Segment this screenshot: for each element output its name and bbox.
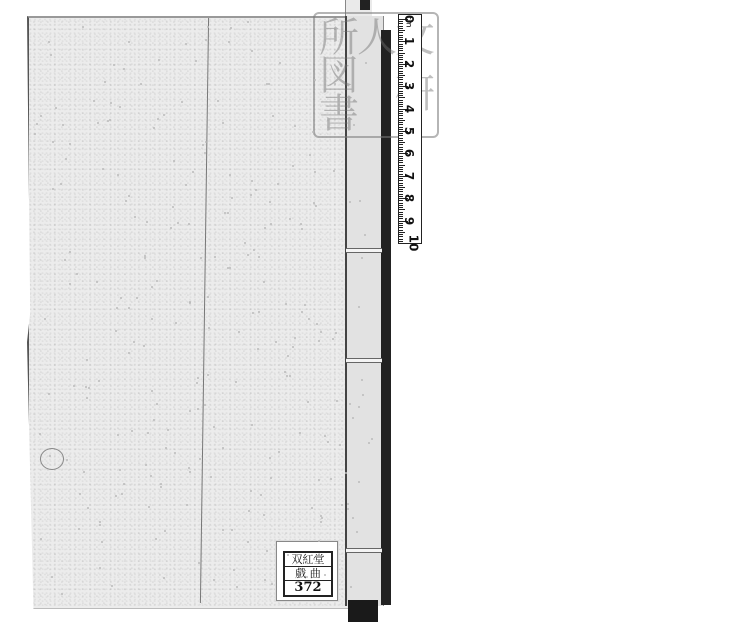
- spine-bottom: [348, 600, 378, 622]
- ruler-tick: [399, 48, 403, 49]
- ruler-tick: [399, 236, 403, 237]
- ruler-tick: [399, 191, 403, 192]
- seal-char: 人: [357, 18, 397, 58]
- paper-speck: [349, 403, 351, 405]
- paper-speck: [315, 205, 317, 207]
- paper-speck: [150, 475, 152, 477]
- paper-speck: [128, 41, 130, 43]
- ruler-tick: [399, 50, 403, 51]
- ruler-number: 0: [402, 15, 416, 23]
- ruler-tick: [399, 225, 403, 226]
- paper-speck: [336, 400, 338, 402]
- catalog-label: 双紅堂 戲 曲 372: [276, 541, 338, 601]
- paper-speck: [117, 174, 119, 176]
- paper-speck: [247, 541, 249, 543]
- paper-speck: [279, 62, 281, 64]
- paper-speck: [202, 144, 204, 146]
- ruler-number: 6: [402, 149, 416, 157]
- paper-speck: [247, 21, 249, 23]
- paper-speck: [109, 119, 111, 121]
- paper-speck: [324, 435, 326, 437]
- paper-speck: [339, 444, 341, 446]
- paper-speck: [292, 165, 294, 167]
- paper-speck: [195, 60, 197, 62]
- ruler-tick: [399, 212, 403, 213]
- label-number: 372: [285, 581, 331, 595]
- paper-speck: [356, 531, 358, 533]
- paper-speck: [69, 283, 71, 285]
- paper-speck: [79, 493, 81, 495]
- paper-speck: [185, 43, 187, 45]
- seal-char: 図: [319, 56, 359, 96]
- paper-speck: [287, 355, 289, 357]
- ruler-tick: [399, 207, 403, 208]
- paper-speck: [146, 221, 148, 223]
- ruler-tick: [399, 180, 403, 181]
- paper-speck: [236, 586, 238, 588]
- label-collection: 双紅堂: [285, 553, 331, 567]
- ruler-tick: [399, 234, 403, 235]
- paper-speck: [275, 341, 277, 343]
- ruler-tick: [399, 209, 405, 210]
- paper-speck: [358, 481, 360, 483]
- ruler-tick: [399, 102, 403, 103]
- ruler-number: 1: [402, 37, 416, 45]
- paper-speck: [320, 521, 322, 523]
- paper-speck: [181, 101, 183, 103]
- paper-speck: [134, 216, 136, 218]
- paper-speck: [359, 200, 361, 202]
- paper-speck: [147, 432, 149, 434]
- paper-speck: [102, 168, 104, 170]
- ruler-tick: [399, 26, 403, 27]
- ruler-number: 5: [402, 127, 416, 135]
- ruler-tick: [399, 113, 403, 114]
- paper-speck: [44, 318, 46, 320]
- binding-thread: [346, 248, 382, 253]
- ruler-tick: [399, 75, 405, 76]
- paper-speck: [153, 419, 155, 421]
- paper-speck: [320, 515, 322, 517]
- paper-speck: [101, 541, 103, 543]
- ruler-tick: [399, 32, 403, 33]
- ruler-tick: [399, 147, 403, 148]
- ruler-number: 4: [402, 104, 416, 112]
- paper-speck: [163, 114, 165, 116]
- paper-speck: [205, 141, 207, 143]
- ruler-tick: [399, 214, 403, 215]
- ruler-number: 10: [406, 235, 420, 252]
- paper-speck: [87, 507, 89, 509]
- ruler-tick: [399, 138, 403, 139]
- ruler-tick: [399, 118, 403, 119]
- ruler-tick: [399, 142, 405, 143]
- ruler-number: 9: [402, 216, 416, 224]
- ruler-tick: [399, 169, 403, 170]
- paper-speck: [69, 251, 71, 253]
- ruler-tick: [399, 23, 403, 24]
- paper-speck: [148, 506, 150, 508]
- paper-speck: [269, 457, 271, 459]
- ruler-tick: [399, 122, 403, 123]
- ruler-tick: [399, 30, 405, 31]
- paper-speck: [172, 206, 174, 208]
- paper-speck: [207, 374, 209, 376]
- ruler-tick: [399, 57, 403, 58]
- ruler-tick: [399, 115, 403, 116]
- paper-speck: [301, 311, 303, 313]
- paper-speck: [286, 375, 288, 377]
- paper-speck: [345, 472, 347, 474]
- paper-speck: [116, 307, 118, 309]
- paper-speck: [263, 514, 265, 516]
- ruler-tick: [399, 160, 403, 161]
- ruler-tick: [399, 165, 405, 166]
- ruler-tick: [399, 185, 403, 186]
- paper-speck: [110, 102, 112, 104]
- ruler-tick: [399, 71, 403, 72]
- ruler-tick: [399, 183, 403, 184]
- ruler-number: 7: [402, 172, 416, 180]
- paper-speck: [300, 223, 302, 225]
- paper-speck: [55, 107, 57, 109]
- paper-speck: [263, 281, 265, 283]
- ruler-tick: [399, 205, 403, 206]
- ruler-tick: [399, 53, 405, 54]
- binding-thread: [346, 358, 382, 363]
- ruler-tick: [399, 100, 403, 101]
- paper-speck: [289, 218, 291, 220]
- paper-speck: [40, 115, 42, 117]
- paper-speck: [365, 62, 367, 64]
- paper-speck: [270, 477, 272, 479]
- paper-speck: [350, 586, 352, 588]
- ruler-number: 8: [402, 194, 416, 202]
- paper-speck: [207, 26, 209, 28]
- ruler-tick: [399, 140, 403, 141]
- binding-thread: [346, 548, 382, 553]
- ruler-tick: [399, 167, 403, 168]
- paper-speck: [34, 133, 36, 135]
- paper-speck: [177, 222, 179, 224]
- paper-speck: [258, 311, 260, 313]
- ruler-tick: [399, 35, 403, 36]
- paper-speck: [151, 286, 153, 288]
- paper-speck: [213, 579, 215, 581]
- ruler-tick: [399, 162, 403, 163]
- paper-speck: [227, 212, 229, 214]
- ruler-tick: [399, 28, 403, 29]
- paper-speck: [292, 346, 294, 348]
- ruler-tick: [399, 203, 403, 204]
- paper-speck: [313, 202, 315, 204]
- paper-speck: [214, 256, 216, 258]
- ruler-tick: [399, 135, 403, 136]
- paper-speck: [76, 273, 78, 275]
- measurement-ruler: cm 012345678910: [398, 14, 422, 244]
- paper-speck: [99, 524, 101, 526]
- paper-speck: [324, 574, 326, 576]
- paper-speck: [98, 380, 100, 382]
- paper-speck: [358, 306, 360, 308]
- paper-speck: [316, 323, 318, 325]
- paper-speck: [78, 528, 80, 530]
- ruler-tick: [399, 46, 403, 47]
- paper-speck: [174, 452, 176, 454]
- ruler-tick: [399, 55, 403, 56]
- paper-speck: [153, 127, 155, 129]
- paper-speck: [83, 471, 85, 473]
- ruler-number: 3: [402, 82, 416, 90]
- paper-speck: [189, 410, 191, 412]
- paper-speck: [255, 189, 257, 191]
- paper-speck: [327, 441, 329, 443]
- paper-speck: [313, 558, 315, 560]
- paper-speck: [175, 322, 177, 324]
- paper-speck: [349, 201, 351, 203]
- paper-speck: [145, 464, 147, 466]
- ruler-tick: [399, 158, 403, 159]
- paper-speck: [123, 68, 125, 70]
- paper-speck: [361, 379, 363, 381]
- paper-speck: [144, 255, 146, 257]
- spine-top-dark: [360, 0, 370, 10]
- paper-speck: [104, 81, 106, 83]
- paper-speck: [164, 530, 166, 532]
- paper-speck: [48, 41, 50, 43]
- paper-speck: [86, 359, 88, 361]
- ruler-tick: [399, 68, 403, 69]
- ruler-tick: [399, 79, 403, 80]
- ruler-tick: [399, 124, 403, 125]
- paper-speck: [198, 562, 200, 564]
- stain-mark: [40, 448, 64, 470]
- paper-speck: [294, 125, 296, 127]
- ruler-tick: [399, 241, 403, 242]
- paper-speck: [65, 158, 67, 160]
- paper-speck: [318, 340, 320, 342]
- paper-speck: [314, 79, 316, 81]
- paper-speck: [86, 397, 88, 399]
- seal-char: 書: [319, 94, 359, 134]
- paper-speck: [231, 197, 233, 199]
- ruler-tick: [399, 95, 403, 96]
- paper-speck: [99, 521, 101, 523]
- ruler-tick: [399, 120, 405, 121]
- ruler-tick: [399, 230, 403, 231]
- ruler-tick: [399, 93, 403, 94]
- paper-speck: [264, 227, 266, 229]
- ruler-tick: [399, 73, 403, 74]
- ruler-tick: [399, 187, 405, 188]
- paper-speck: [229, 174, 231, 176]
- paper-speck: [222, 122, 224, 124]
- ruler-tick: [399, 227, 403, 228]
- ruler-tick: [399, 77, 403, 78]
- paper-speck: [250, 490, 252, 492]
- paper-speck: [266, 550, 268, 552]
- paper-speck: [117, 434, 119, 436]
- paper-speck: [99, 567, 101, 569]
- ruler-tick: [399, 91, 403, 92]
- paper-speck: [125, 200, 127, 202]
- paper-speck: [368, 442, 370, 444]
- ruler-number: 2: [402, 60, 416, 68]
- ruler-tick: [399, 97, 405, 98]
- paper-speck: [289, 375, 291, 377]
- paper-speck: [200, 257, 202, 259]
- ruler-tick: [399, 189, 403, 190]
- ruler-tick: [399, 239, 403, 240]
- ruler-tick: [399, 144, 403, 145]
- paper-speck: [253, 249, 255, 251]
- paper-speck: [287, 554, 289, 556]
- paper-speck: [334, 83, 336, 85]
- paper-speck: [85, 386, 87, 388]
- paper-speck: [40, 538, 42, 540]
- paper-speck: [235, 381, 237, 383]
- seal-char: 所: [319, 18, 359, 58]
- paper-speck: [151, 390, 153, 392]
- ruler-tick: [399, 232, 405, 233]
- paper-speck: [69, 143, 71, 145]
- paper-speck: [128, 195, 130, 197]
- paper-speck: [115, 495, 117, 497]
